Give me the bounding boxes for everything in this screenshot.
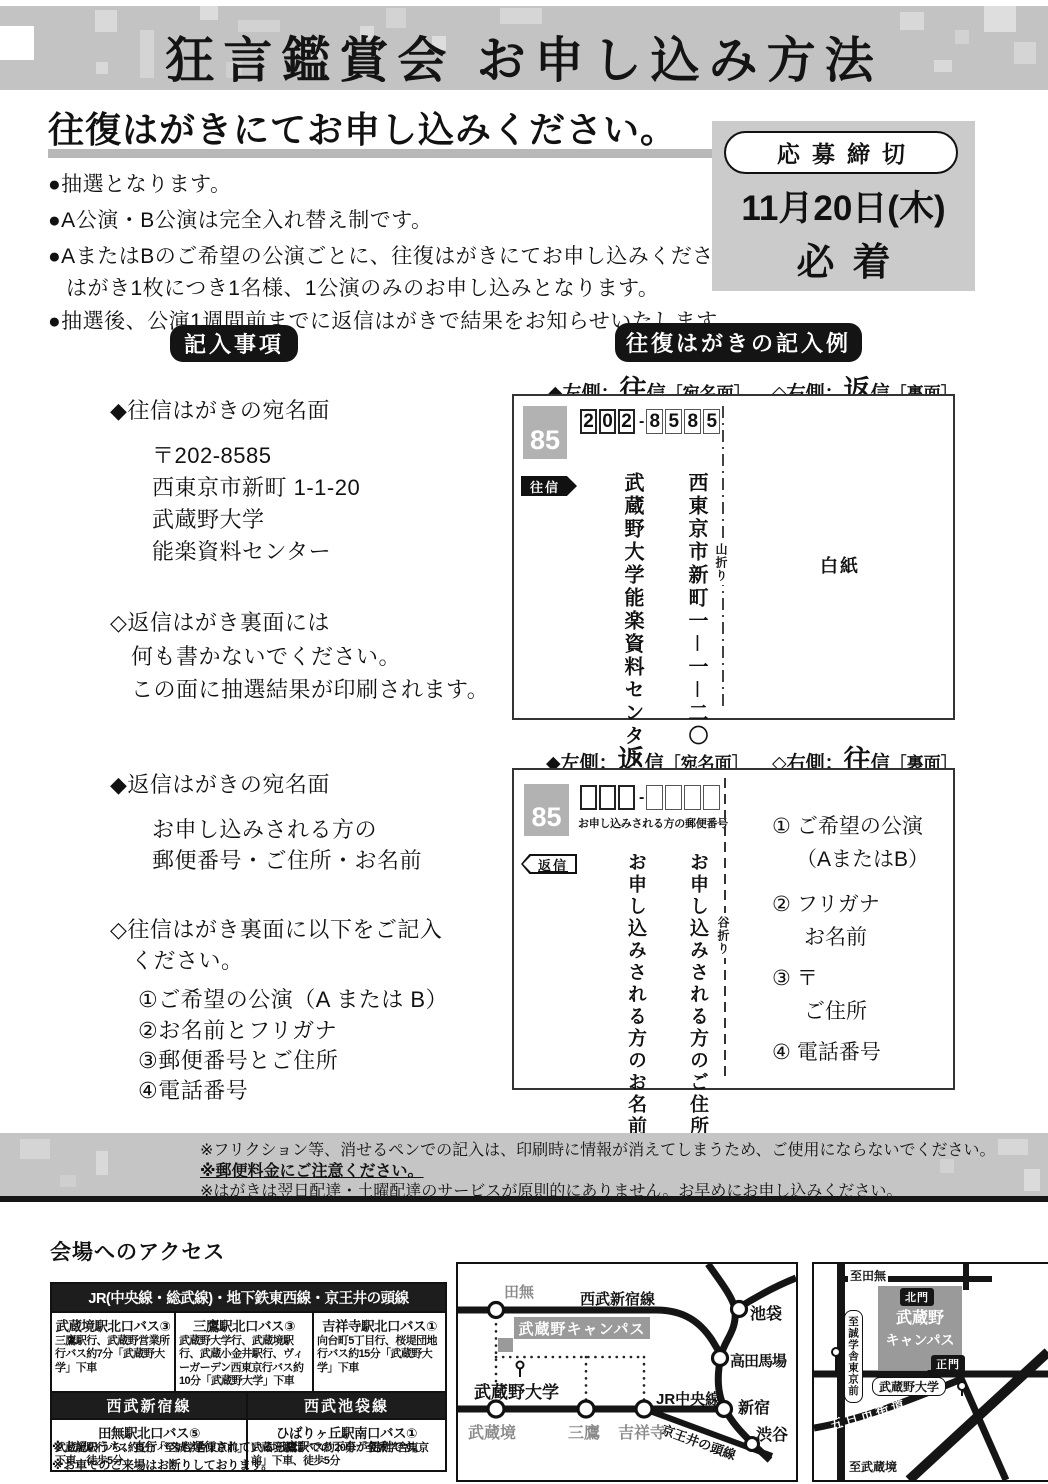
banner-texture-block	[95, 10, 117, 32]
table-header-seibu-ikebukuro: 西武池袋線	[248, 1393, 445, 1418]
postal-digit-box: 0	[599, 409, 616, 434]
station-mitaka	[578, 1401, 594, 1417]
bullet-line-continuation: はがき1枚につき1名様、1公演のみのお申し込みとなります。	[66, 272, 659, 302]
write-item-sub: お名前	[804, 921, 867, 951]
banner-texture-block	[1014, 42, 1036, 64]
address-line: 武蔵野大学	[152, 503, 265, 534]
table-cell: 武蔵境駅北口バス③ 三鷹駅行、武蔵野営業所行バス約7分「武蔵野大学」下車	[52, 1313, 176, 1391]
reply-line: お申し込みされる方の	[152, 813, 377, 844]
bus-stop-marker	[517, 1362, 524, 1369]
postage-stamp: 85	[524, 784, 569, 836]
postal-hyphen: -	[639, 789, 644, 807]
north-gate-label: 北門	[900, 1288, 934, 1306]
rail-map: 田無 西武新宿線 池袋 高田馬場 新宿 渋谷 JR中央線 京王井の頭線 武蔵境 …	[456, 1262, 798, 1482]
divider-rule	[0, 1196, 1048, 1202]
station-label-shinjuku: 新宿	[738, 1395, 770, 1418]
campus-name-line2: キャンパス	[885, 1331, 954, 1349]
university-label: 武蔵野大学	[474, 1378, 559, 1403]
banner-texture-block	[934, 60, 952, 72]
postal-digit-box: 2	[580, 409, 597, 434]
bus-route-desc: 三鷹駅行、武蔵野営業所行バス約7分「武蔵野大学」下車	[55, 1335, 171, 1375]
postcard-example-label: 往復はがきの記入例	[615, 323, 862, 362]
write-item: ②フリガナ	[772, 888, 880, 918]
postal-digit-box: 8	[684, 409, 701, 434]
bus-route-title: 武蔵境駅北口バス③	[55, 1315, 171, 1335]
item-text: ご希望の公演	[797, 815, 923, 838]
reply-tag: 返信	[521, 854, 577, 874]
bus-stop-shisei-label: 至誠学舎東京前	[844, 1310, 863, 1403]
banner-texture-block	[955, 30, 969, 44]
item-number: ①	[772, 815, 791, 838]
station-kichijoji	[636, 1401, 652, 1417]
blank-side-label: 白紙	[820, 552, 860, 578]
deadline-note: 必着	[712, 231, 975, 286]
item-text: 電話番号	[797, 1041, 881, 1064]
banner-texture-block	[140, 30, 154, 78]
entry-items-label: 記入事項	[170, 325, 298, 362]
address-line: 西東京市新町 1-1-20	[152, 471, 360, 502]
access-note: ※お車でのご来場はお断りしております。	[52, 1456, 273, 1473]
postal-digit-box	[703, 785, 720, 810]
banner-texture-block	[984, 6, 1016, 32]
postcard-example-reply: 85 - お申し込みされる方の郵便番号 返信 お申し込みされる方のご住所 お申し…	[512, 768, 955, 1090]
line-label-jr: JR中央線	[656, 1388, 720, 1409]
write-item-sub: （AまたはB）	[796, 843, 929, 873]
band-texture-block	[998, 1139, 1028, 1155]
table-cell: 吉祥寺駅北口バス① 向台町5丁目行、桜堤団地行バス約15分「武蔵野大学」下車	[314, 1313, 445, 1391]
to-musashisakai-label: 至武蔵境	[847, 1458, 899, 1475]
deadline-box: 応募締切 11月20日(木) 必着	[712, 121, 975, 291]
recipient-name: 武蔵野大学能楽資料センター	[621, 472, 643, 771]
postal-digit-box: 2	[618, 409, 635, 434]
item-number: ②	[772, 893, 791, 916]
postal-digit-box	[646, 785, 663, 810]
address-line: 能楽資料センター	[152, 535, 331, 566]
postal-digit-box	[618, 785, 635, 810]
band-texture-block	[20, 1139, 50, 1159]
table-header-seibu-shinjuku: 西武新宿線	[52, 1393, 248, 1418]
reply-back-heading: ◇返信はがき裏面には	[110, 606, 330, 637]
outbound-address-heading: ◆往信はがきの宛名面	[110, 394, 330, 425]
bus-stop-marker	[958, 1382, 966, 1390]
entry-item: ④電話番号	[138, 1074, 248, 1105]
campus-block	[498, 1338, 513, 1352]
access-note: ※上記のうち、直行バスも運行されている三鷹駅での下車が便利です。	[52, 1438, 425, 1455]
table-cell: 三鷹駅北口バス③ 武蔵野大学行、武蔵境駅行、武蔵小金井駅行、ヴィーガーデン西東京…	[176, 1313, 314, 1391]
bullet-line: ●AまたはBのご希望の公演ごとに、往復はがきにてお申し込みください。	[48, 240, 757, 270]
intro-heading: 往復はがきにてお申し込みください。	[48, 102, 677, 153]
campus-chip-label: 武蔵野キャンパス	[514, 1317, 650, 1339]
write-item: ①ご希望の公演	[772, 810, 923, 840]
postal-caption: お申し込みされる方の郵便番号	[578, 815, 728, 831]
applicant-name: お申し込みされる方のお名前	[625, 852, 646, 1138]
station-label-shibuya: 渋谷	[756, 1422, 788, 1445]
postal-digit-box: 8	[646, 409, 663, 434]
deadline-label: 応募締切	[724, 131, 958, 174]
bullet-line: ●A公演・B公演は完全入れ替え制です。	[48, 204, 433, 234]
banner-texture-block	[0, 26, 34, 60]
postal-digit-box	[665, 785, 682, 810]
recipient-address-vertical: 西東京市新町一－一－二〇	[682, 472, 711, 748]
band-texture-block	[96, 1151, 108, 1175]
station-label-kichijoji: 吉祥寺	[618, 1420, 666, 1443]
bullet-line: ●抽選となります。	[48, 168, 232, 198]
entry-item: ②お名前とフリガナ	[138, 1014, 337, 1045]
fold-label: 谷折り	[714, 913, 733, 958]
postal-hyphen: -	[639, 413, 644, 431]
bus-route-desc: 武蔵野大学行、武蔵境駅行、武蔵小金井駅行、ヴィーガーデン西東京行バス約10分「武…	[179, 1335, 309, 1389]
station-label-mitaka: 三鷹	[568, 1420, 600, 1443]
applicant-address-vertical: お申し込みされる方のご住所	[684, 852, 711, 1138]
band-texture-block	[60, 1175, 76, 1187]
outbound-tag-label: 往信	[521, 476, 577, 496]
bus-stop-marker	[832, 1348, 840, 1356]
band-texture-block	[1024, 1169, 1040, 1191]
page-title: 狂言鑑賞会 お申し込み方法	[165, 22, 882, 92]
bus-stop-university-label: 武蔵野大学	[872, 1377, 946, 1396]
reply-back-line: この面に抽選結果が印刷されます。	[131, 673, 489, 704]
write-item: ④電話番号	[772, 1036, 881, 1066]
banner-texture-block	[96, 62, 108, 74]
write-item-sub: ご住所	[804, 995, 867, 1025]
reply-back-line: 何も書かないでください。	[131, 640, 401, 671]
fold-label: 山折り	[712, 540, 731, 585]
entry-item: ③郵便番号とご住所	[138, 1044, 338, 1075]
item-text: 〒	[797, 967, 818, 990]
postal-digit-box	[599, 785, 616, 810]
bus-route-desc: 向台町5丁目行、桜堤団地行バス約15分「武蔵野大学」下車	[317, 1335, 442, 1375]
banner-texture-block	[900, 12, 924, 30]
outbound-tag: 往信	[521, 476, 577, 496]
campus-name-line1: 武蔵野	[896, 1307, 944, 1330]
station-ikebukuro	[732, 1302, 747, 1317]
table-header-jr: JR(中央線・総武線)・地下鉄東西線・京王井の頭線	[52, 1284, 445, 1311]
postal-code-boxes: 2 0 2 - 8 5 8 5	[580, 409, 722, 434]
campus-map: 武蔵野 キャンパス 至田無 北門 正門 至誠学舎東京前 武蔵野大学 五日市街道 …	[812, 1262, 1048, 1482]
band-texture-block	[940, 1159, 954, 1173]
station-musashisakai	[488, 1401, 504, 1417]
entry-item: ①ご希望の公演（A または B）	[138, 983, 448, 1014]
postage-stamp: 85	[523, 406, 567, 459]
to-tanashi-label: 至田無	[848, 1267, 888, 1284]
outbound-back-heading2: ください。	[131, 944, 244, 975]
reply-address-heading: ◆返信はがきの宛名面	[110, 768, 330, 799]
flyer-page: 狂言鑑賞会 お申し込み方法 往復はがきにてお申し込みください。 ●抽選となります…	[0, 0, 1048, 1484]
postcard-example-outbound: 85 2 0 2 - 8 5 8 5 往信 西東京市新町一－一－二〇 武蔵野大学…	[512, 394, 955, 720]
title-banner: 狂言鑑賞会 お申し込み方法	[0, 6, 1048, 90]
station-takadanobaba	[713, 1351, 728, 1366]
outbound-back-heading: ◇往信はがき裏面に以下をご記入	[110, 913, 442, 944]
address-line: 〒202-8585	[152, 439, 271, 470]
access-heading: 会場へのアクセス	[50, 1236, 225, 1266]
bus-route-title: 三鷹駅北口バス③	[179, 1315, 309, 1335]
postal-digit-box	[684, 785, 701, 810]
caution-line: ※フリクション等、消せるペンでの記入は、印刷時に情報が消えてしまうため、ご使用に…	[200, 1137, 996, 1160]
station-label-takadanobaba: 高田馬場	[730, 1350, 786, 1371]
station-tanashi	[489, 1303, 504, 1318]
station-label-musashisakai: 武蔵境	[468, 1420, 516, 1443]
line-label-seibu: 西武新宿線	[580, 1288, 655, 1309]
reply-line: 郵便番号・ご住所・お名前	[152, 844, 422, 875]
item-text: フリガナ	[797, 893, 880, 916]
postal-digit-box	[580, 785, 597, 810]
reply-tag-label: 返信	[521, 854, 577, 874]
postal-digit-box: 5	[703, 409, 720, 434]
banner-texture-block	[200, 6, 218, 20]
postal-code-boxes-empty: -	[580, 785, 722, 810]
item-number: ③	[772, 967, 791, 990]
station-label-tanashi: 田無	[504, 1281, 534, 1302]
item-number: ④	[772, 1041, 791, 1064]
postal-digit-box: 5	[665, 409, 682, 434]
deadline-date: 11月20日(木)	[712, 181, 975, 231]
main-gate-label: 正門	[931, 1355, 965, 1373]
bus-route-title: 吉祥寺駅北口バス①	[317, 1315, 442, 1335]
write-item: ③〒	[772, 962, 818, 992]
station-label-ikebukuro: 池袋	[750, 1301, 782, 1324]
